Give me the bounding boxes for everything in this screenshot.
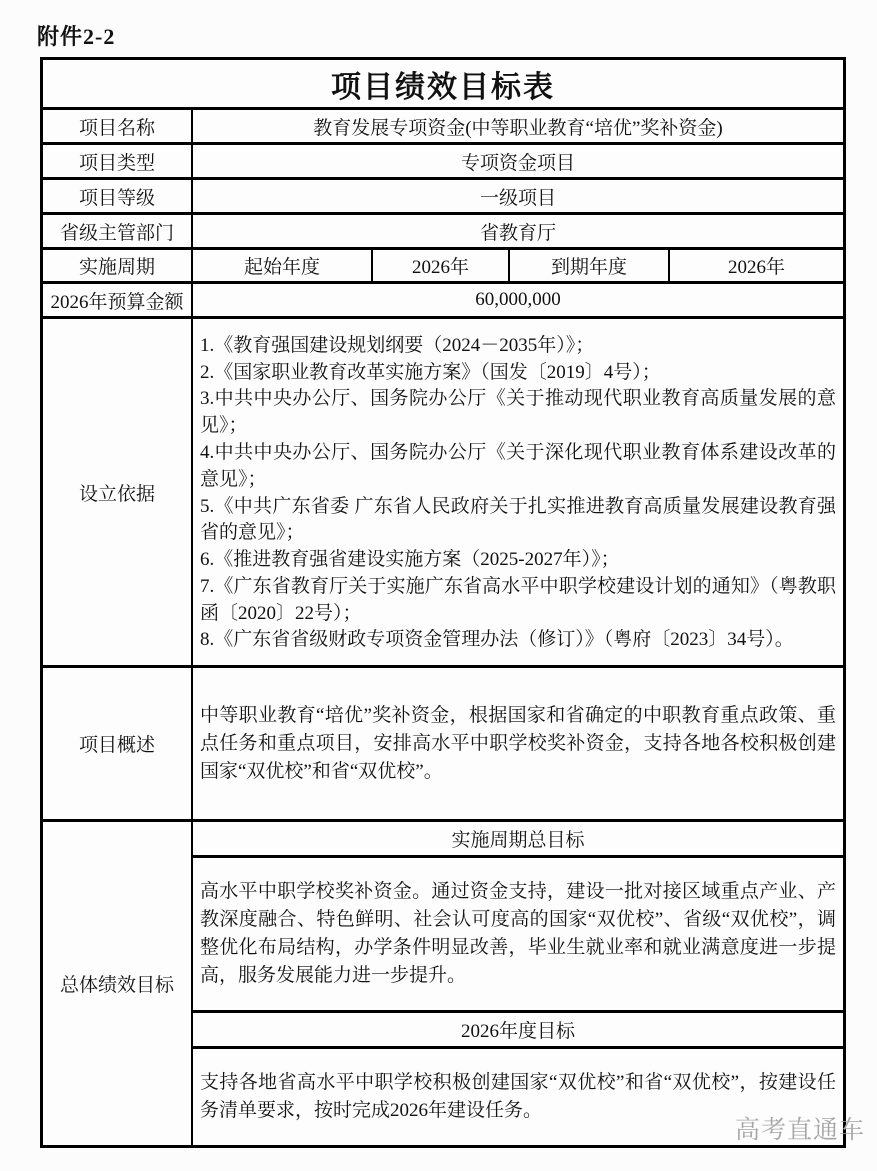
basis-content: 1.《教育强国建设规划纲要（2024－2035年）》； 2.《国家职业教育改革实… (193, 319, 843, 665)
row-budget: 2026年预算金额 60,000,000 (43, 281, 843, 316)
basis-item: 2.《国家职业教育改革实施方案》（国发〔2019〕4号）； (200, 360, 836, 387)
row-overview: 项目概述 中等职业教育“培优”奖补资金，根据国家和省确定的中职教育重点政策、重点… (43, 665, 843, 819)
period-label: 实施周期 (43, 250, 193, 281)
project-name-label: 项目名称 (43, 110, 193, 142)
project-name-value: 教育发展专项资金(中等职业教育“培优”奖补资金) (193, 110, 843, 142)
project-level-label: 项目等级 (43, 180, 193, 212)
overview-label: 项目概述 (43, 668, 193, 819)
performance-target-table: 项目绩效目标表 项目名称 教育发展专项资金(中等职业教育“培优”奖补资金) 项目… (40, 57, 846, 1148)
period-end-value: 2026年 (668, 250, 843, 281)
basis-item: 6.《推进教育强省建设实施方案（2025-2027年）》； (200, 547, 836, 574)
annual-goal-header: 2026年度目标 (193, 1010, 843, 1046)
basis-item: 5.《中共广东省委 广东省人民政府关于扎实推进教育高质量发展建设教育强省的意见》… (200, 494, 836, 548)
overview-paragraph: 中等职业教育“培优”奖补资金，根据国家和省确定的中职教育重点政策、重点任务和重点… (200, 702, 836, 786)
period-start-value: 2026年 (371, 250, 508, 281)
period-end-label: 到期年度 (508, 250, 668, 281)
basis-item: 8.《广东省省级财政专项资金管理办法（修订）》（粤府〔2023〕34号）。 (200, 627, 836, 654)
budget-value: 60,000,000 (193, 284, 843, 316)
row-project-name: 项目名称 教育发展专项资金(中等职业教育“培优”奖补资金) (43, 107, 843, 142)
project-level-value: 一级项目 (193, 180, 843, 212)
basis-item: 3.中共中央办公厅、国务院办公厅《关于推动现代职业教育高质量发展的意见》； (200, 386, 836, 440)
watermark-text: 高考直通车 (735, 1110, 865, 1146)
project-type-value: 专项资金项目 (193, 145, 843, 177)
attachment-label: 附件2-2 (37, 20, 115, 51)
row-project-level: 项目等级 一级项目 (43, 177, 843, 212)
overall-goal-label: 总体绩效目标 (43, 822, 193, 1145)
table-title-row: 项目绩效目标表 (43, 60, 843, 107)
dept-value: 省教育厅 (193, 215, 843, 247)
row-overall-goal: 总体绩效目标 实施周期总目标 高水平中职学校奖补资金。通过资金支持，建设一批对接… (43, 819, 843, 1145)
period-goal-header: 实施周期总目标 (193, 822, 843, 855)
basis-label: 设立依据 (43, 319, 193, 665)
row-project-type: 项目类型 专项资金项目 (43, 142, 843, 177)
project-type-label: 项目类型 (43, 145, 193, 177)
row-basis: 设立依据 1.《教育强国建设规划纲要（2024－2035年）》； 2.《国家职业… (43, 316, 843, 665)
basis-item: 7.《广东省教育厅关于实施广东省高水平中职学校建设计划的通知》（粤教职函〔202… (200, 574, 836, 628)
row-dept: 省级主管部门 省教育厅 (43, 212, 843, 247)
row-period: 实施周期 起始年度 2026年 到期年度 2026年 (43, 247, 843, 281)
table-title: 项目绩效目标表 (331, 62, 555, 106)
period-goal-paragraph: 高水平中职学校奖补资金。通过资金支持，建设一批对接区域重点产业、产教深度融合、特… (200, 878, 836, 990)
basis-item: 4.中共中央办公厅、国务院办公厅《关于深化现代职业教育体系建设改革的意见》； (200, 440, 836, 494)
budget-label: 2026年预算金额 (43, 284, 193, 316)
overview-text: 中等职业教育“培优”奖补资金，根据国家和省确定的中职教育重点政策、重点任务和重点… (193, 668, 843, 819)
period-goal-content: 高水平中职学校奖补资金。通过资金支持，建设一批对接区域重点产业、产教深度融合、特… (193, 855, 843, 1010)
overall-goal-content: 实施周期总目标 高水平中职学校奖补资金。通过资金支持，建设一批对接区域重点产业、… (193, 822, 843, 1145)
period-start-label: 起始年度 (193, 250, 371, 281)
basis-item: 1.《教育强国建设规划纲要（2024－2035年）》； (200, 333, 836, 360)
dept-label: 省级主管部门 (43, 215, 193, 247)
document-page: 附件2-2 项目绩效目标表 项目名称 教育发展专项资金(中等职业教育“培优”奖补… (0, 0, 877, 1171)
